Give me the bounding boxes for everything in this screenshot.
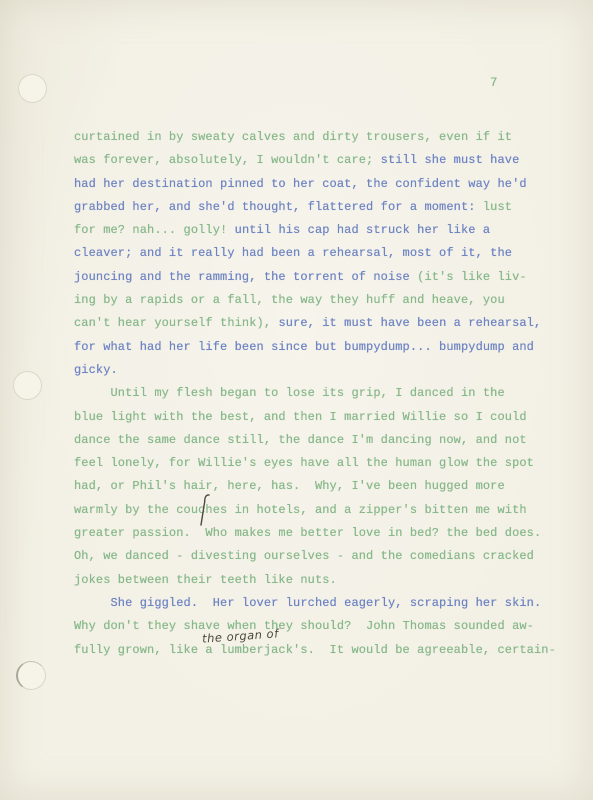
text-segment: (it's like liv- xyxy=(417,270,527,284)
typed-line: Oh, we danced - divesting ourselves - an… xyxy=(74,545,564,568)
handwritten-slash-icon xyxy=(197,493,213,527)
text-segment: had her destination pinned to her coat, … xyxy=(74,177,527,191)
typed-line: blue light with the best, and then I mar… xyxy=(74,406,564,429)
text-segment: greater passion. Who makes me better lov… xyxy=(74,526,541,540)
text-segment: Oh, we danced - divesting ourselves - an… xyxy=(74,549,534,563)
text-segment: Until my flesh began to lose its grip, I… xyxy=(74,386,505,400)
typed-line: Why don't they shave when they should? J… xyxy=(74,615,564,638)
typed-line: ing by a rapids or a fall, the way they … xyxy=(74,289,564,312)
text-segment: lust xyxy=(483,200,512,214)
text-segment: jouncing and the ramming, the torrent of… xyxy=(74,270,417,284)
text-segment: Why don't they shave when they should? J… xyxy=(74,619,534,633)
typed-line: dance the same dance still, the dance I'… xyxy=(74,429,564,452)
text-segment: for me? nah... golly! xyxy=(74,223,235,237)
punch-hole xyxy=(13,371,42,400)
text-segment: until his cap had struck her like a xyxy=(235,223,491,237)
typed-line: had, or Phil's hair, here, has. Why, I'v… xyxy=(74,475,564,498)
typed-line: She giggled. Her lover lurched eagerly, … xyxy=(74,592,564,615)
typed-line: jouncing and the ramming, the torrent of… xyxy=(74,266,564,289)
text-segment: jokes between their teeth like nuts. xyxy=(74,573,337,587)
text-segment: can't hear yourself think), xyxy=(74,316,278,330)
typed-line: for me? nah... golly! until his cap had … xyxy=(74,219,564,242)
text-segment: blue light with the best, and then I mar… xyxy=(74,410,527,424)
punch-hole xyxy=(16,661,46,690)
text-segment: She giggled. Her lover lurched eagerly, … xyxy=(74,596,541,610)
text-segment: sure, it must have been a rehearsal, xyxy=(278,316,541,330)
text-segment: had, or Phil's hair, here, has. Why, I'v… xyxy=(74,479,505,493)
punch-hole xyxy=(18,74,47,103)
typed-line: warmly by the couches in hotels, and a z… xyxy=(74,499,564,522)
typed-line: gicky. xyxy=(74,359,564,382)
text-segment: ing by a rapids or a fall, the way they … xyxy=(74,293,505,307)
typed-line: curtained in by sweaty calves and dirty … xyxy=(74,126,564,149)
typed-line: jokes between their teeth like nuts. xyxy=(74,569,564,592)
typed-line: had her destination pinned to her coat, … xyxy=(74,173,564,196)
typed-line: feel lonely, for Willie's eyes have all … xyxy=(74,452,564,475)
text-segment: grabbed her, and she'd thought, flattere… xyxy=(74,200,483,214)
typed-line: greater passion. Who makes me better lov… xyxy=(74,522,564,545)
typed-line: Until my flesh began to lose its grip, I… xyxy=(74,382,564,405)
manuscript-page: 7 curtained in by sweaty calves and dirt… xyxy=(0,0,593,800)
text-segment: was forever, absolutely, I wouldn't care… xyxy=(74,153,381,167)
typed-text: curtained in by sweaty calves and dirty … xyxy=(74,126,564,662)
typed-line: fully grown, like a lumberjack's. It wou… xyxy=(74,639,564,662)
text-segment: gicky. xyxy=(74,363,118,377)
typed-line: for what had her life been since but bum… xyxy=(74,336,564,359)
typed-line: was forever, absolutely, I wouldn't care… xyxy=(74,149,564,172)
text-segment: still she must have xyxy=(381,153,520,167)
text-segment: curtained in by sweaty calves and dirty … xyxy=(74,130,512,144)
text-segment: fully grown, like a lumberjack's. It wou… xyxy=(74,643,556,657)
typed-line: grabbed her, and she'd thought, flattere… xyxy=(74,196,564,219)
text-segment: dance the same dance still, the dance I'… xyxy=(74,433,527,447)
text-segment: cleaver; and it really had been a rehear… xyxy=(74,246,512,260)
text-segment: warmly by the couches in hotels, and a z… xyxy=(74,503,527,517)
typed-line: can't hear yourself think), sure, it mus… xyxy=(74,312,564,335)
typed-line: cleaver; and it really had been a rehear… xyxy=(74,242,564,265)
page-number: 7 xyxy=(490,76,498,90)
text-segment: for what had her life been since but bum… xyxy=(74,340,534,354)
text-segment: feel lonely, for Willie's eyes have all … xyxy=(74,456,534,470)
